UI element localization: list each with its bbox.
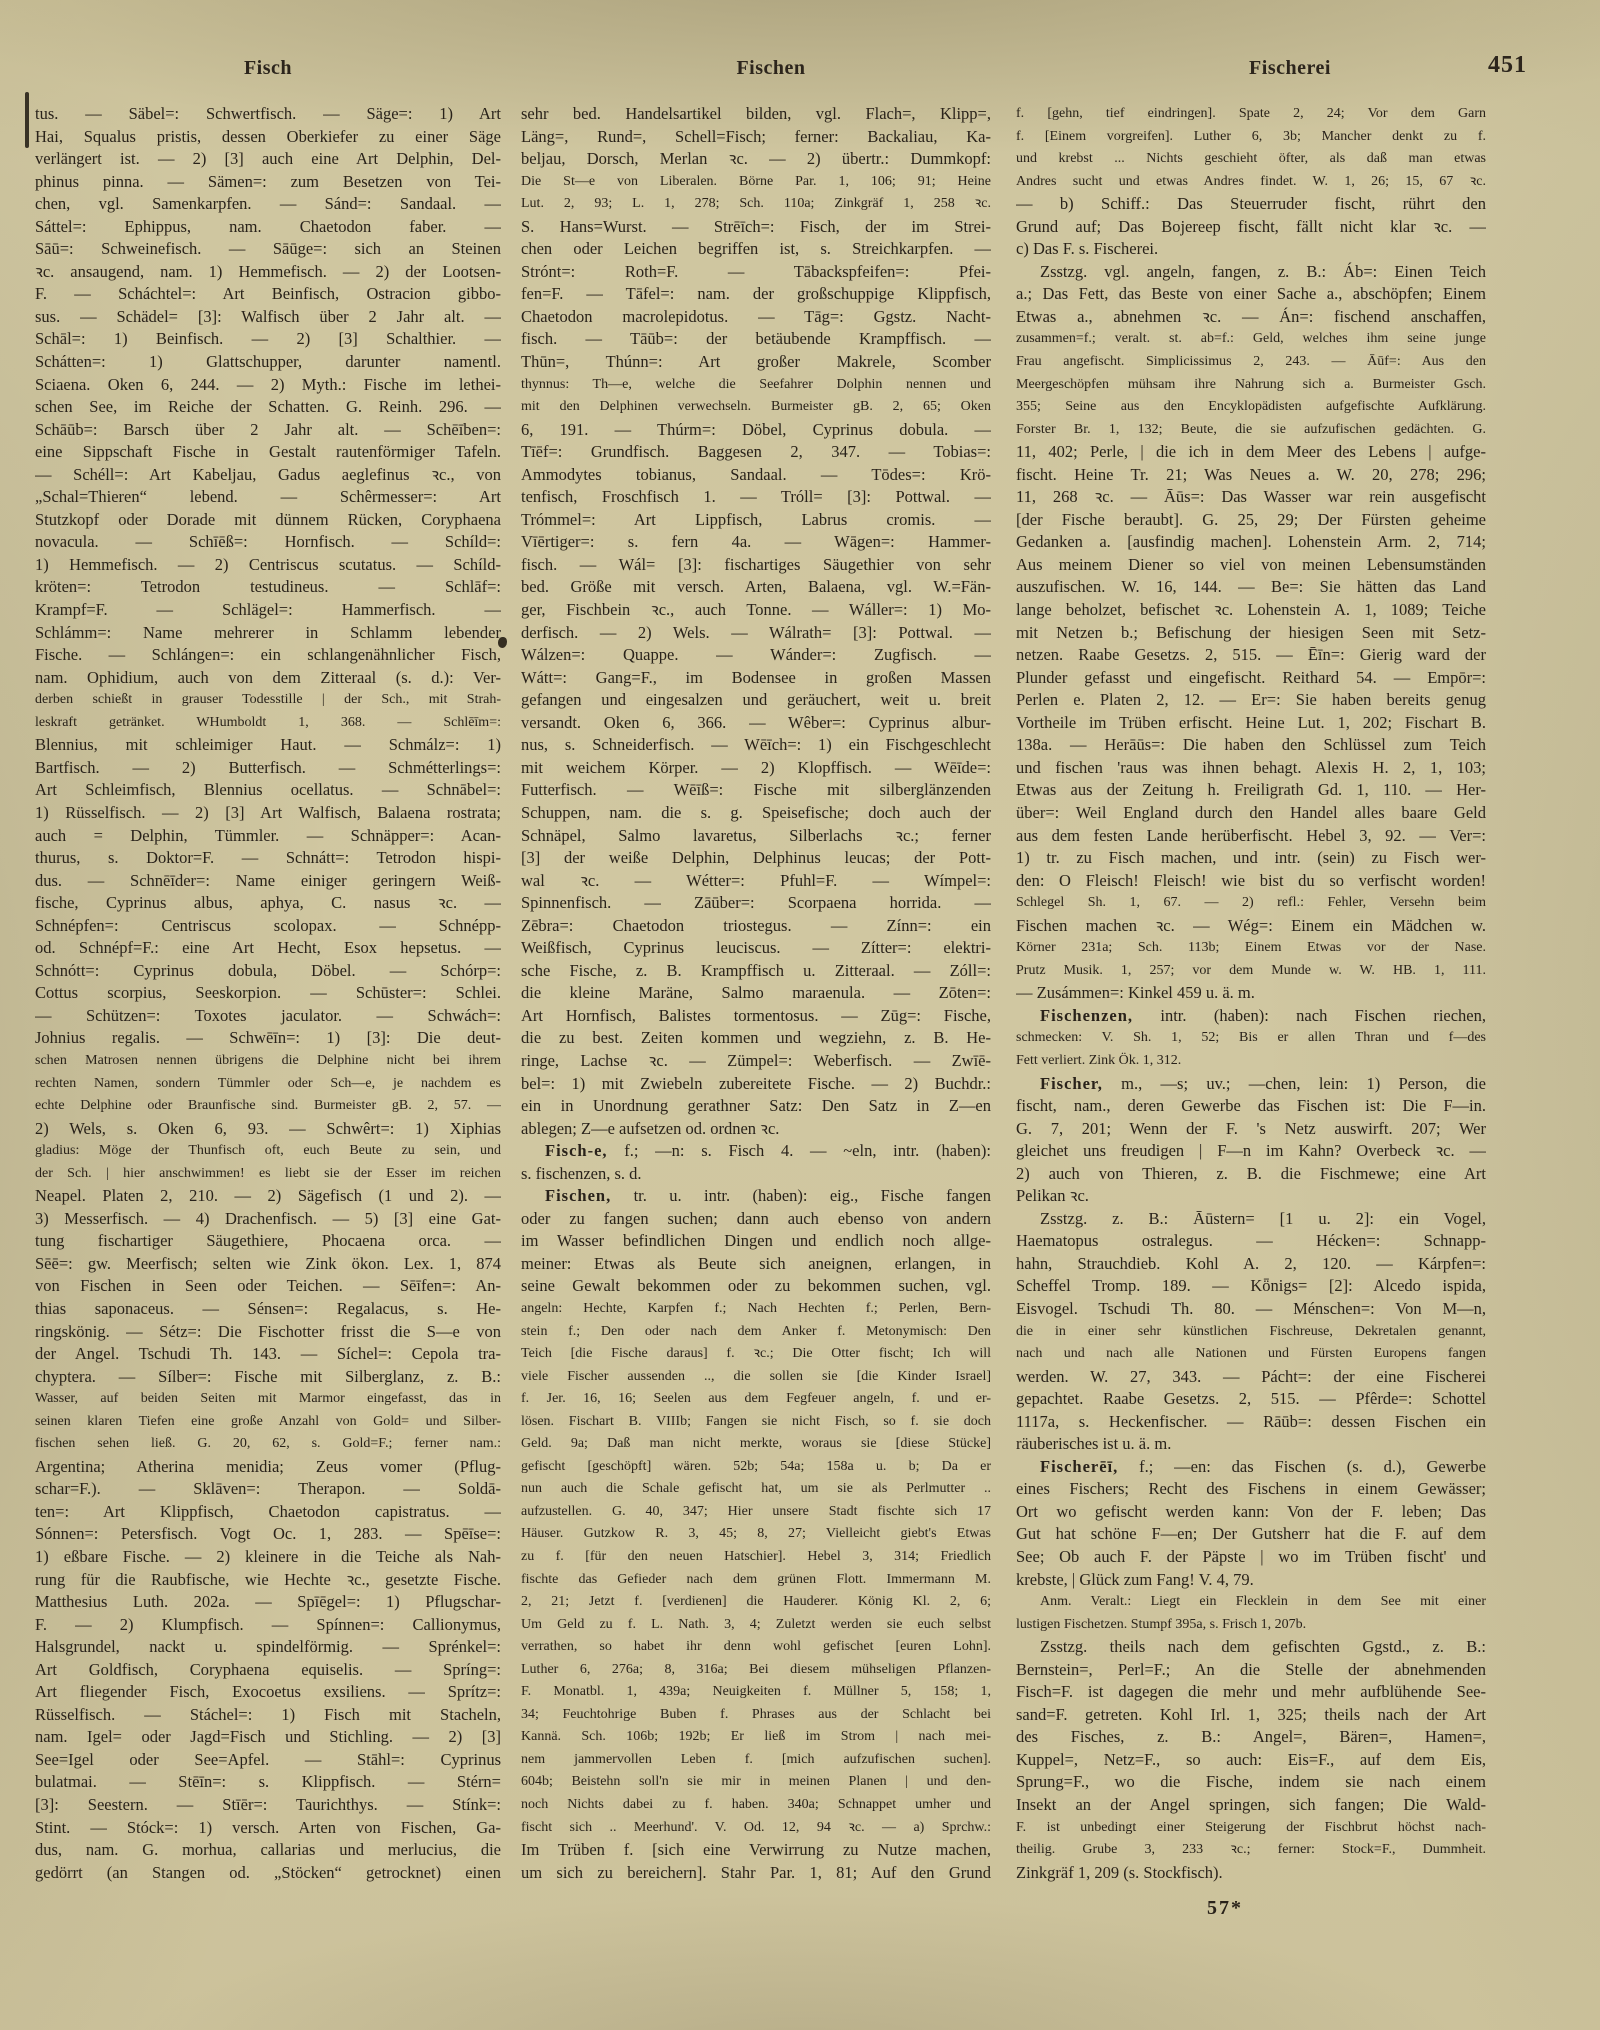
- text-line: die in einer sehr künstlichen Fischreuse…: [1016, 1321, 1486, 1344]
- text-line: bed. Größe mit versch. Arten, Balaena, v…: [521, 576, 991, 599]
- text-line: Fischer, m., —s; uv.; —chen, lein: 1) Pe…: [1016, 1073, 1486, 1096]
- text-line: des Fisches, z. B.: Angel=, Bären=, Hame…: [1016, 1726, 1486, 1749]
- text-line: thias saponaceus. — Sénsen=: Regalacus, …: [35, 1298, 501, 1321]
- text-line: „Schal=Thieren“ lebend. — Schêrmesser=: …: [35, 486, 501, 509]
- text-line: tenfisch, Froschfisch 1. — Tróll= [3]: P…: [521, 486, 991, 509]
- text-line: Stutzkopf oder Dorade mit dünnem Rücken,…: [35, 509, 501, 532]
- text-line: nem jammervollen Leben f. [mich aufzufis…: [521, 1749, 991, 1772]
- running-head-left: Fisch: [244, 57, 292, 80]
- text-line: Vortheile im Trüben erfischt. Heine Lut.…: [1016, 712, 1486, 735]
- text-line: Geld. 9a; Daß man nicht merkte, woraus s…: [521, 1433, 991, 1456]
- text-line: Chaetodon macrolepidotus. — Tāg=: Ggstz.…: [521, 306, 991, 329]
- text-line: Fischen machen ꝛc. — Wég=: Einem ein Mäd…: [1016, 915, 1486, 938]
- text-line: 1) Hemmefisch. — 2) Centriscus scutatus.…: [35, 554, 501, 577]
- text-line: novacula. — Schīēß=: Hornfisch. — Schíld…: [35, 531, 501, 554]
- text-line: Etwas aus der Zeitung h. Freiligrath Gd.…: [1016, 779, 1486, 802]
- text-line: sand=F. getreten. Kohl Irl. 1, 325; thei…: [1016, 1704, 1486, 1727]
- text-line: 138a. — Herāūs=: Die haben den Schlüssel…: [1016, 734, 1486, 757]
- text-line: derben schießt in grauser Todesstille | …: [35, 689, 501, 712]
- text-line: 604b; Beistehn soll'n sie mir in meinen …: [521, 1771, 991, 1794]
- text-column-3: f. [gehn, tief eindringen]. Spate 2, 24;…: [1016, 103, 1486, 1884]
- text-line: Schlámm=: Name mehrerer in Schlamm leben…: [35, 622, 501, 645]
- text-line: verlängert ist. — 2) [3] auch eine Art D…: [35, 148, 501, 171]
- running-head-center: Fischen: [736, 57, 805, 80]
- text-line: echte Delphine oder Braunfische sind. Bu…: [35, 1095, 501, 1118]
- text-line: beljau, Dorsch, Merlan ꝛc. — 2) übertr.:…: [521, 148, 991, 171]
- text-line: Zsstzg. z. B.: Āūstern= [1 u. 2]: ein Vo…: [1016, 1208, 1486, 1231]
- text-line: Sónnen=: Petersfisch. Vogt Oc. 1, 283. —…: [35, 1523, 501, 1546]
- text-line: S. Hans=Wurst. — Strēīch=: Fisch, der im…: [521, 216, 991, 239]
- text-line: mit den Delphinen verwechseln. Burmeiste…: [521, 396, 991, 419]
- text-line: Insekt an der Angel springen, sich fange…: [1016, 1794, 1486, 1817]
- text-line: Schlegel Sh. 1, 67. — 2) refl.: Fehler, …: [1016, 892, 1486, 915]
- text-line: eines Fischers; Recht des Fischens in ei…: [1016, 1478, 1486, 1501]
- text-line: Gedanken a. [ausfindig machen]. Lohenste…: [1016, 531, 1486, 554]
- text-line: seinen klaren Tiefen eine große Anzahl v…: [35, 1411, 501, 1434]
- text-line: Fisch-e, f.; —n: s. Fisch 4. — ~eln, int…: [521, 1140, 991, 1163]
- text-line: fisch. — Wál= [3]: fischartiges Säugethi…: [521, 554, 991, 577]
- text-line: Schnépfen=: Centriscus scolopax. — Schné…: [35, 915, 501, 938]
- text-line: [der Fische beraubt]. G. 25, 29; Der Für…: [1016, 509, 1486, 532]
- text-line: Sciaena. Oken 6, 244. — 2) Myth.: Fische…: [35, 374, 501, 397]
- text-line: phinus pinna. — Sämen=: zum Besetzen von…: [35, 171, 501, 194]
- text-line: Art fliegender Fisch, Exocoetus exsilien…: [35, 1681, 501, 1704]
- text-line: netzen. Raabe Gesetzs. 2, 515. — Ēīn=: G…: [1016, 644, 1486, 667]
- text-line: Johnius regalis. — Schwēīn=: 1) [3]: Die…: [35, 1027, 501, 1050]
- text-line: Wálzen=: Quappe. — Wánder=: Zugfisch. —: [521, 644, 991, 667]
- text-line: Bernstein=, Perl=F.; An die Stelle der a…: [1016, 1659, 1486, 1682]
- text-line: Rüsselfisch. — Stáchel=: 1) Fisch mit St…: [35, 1704, 501, 1727]
- text-line: meiner: Etwas als Beute sich aneignen, e…: [521, 1253, 991, 1276]
- text-line: Fett verliert. Zink Ök. 1, 312.: [1016, 1050, 1486, 1073]
- text-line: Perlen e. Platen 2, 12. — Er=: Sie haben…: [1016, 689, 1486, 712]
- text-line: Pelikan ꝛc.: [1016, 1185, 1486, 1208]
- text-line: tung fischartiger Säugethiere, Phocaena …: [35, 1230, 501, 1253]
- text-line: aus dem festen Lande herüberfischt. Hebe…: [1016, 825, 1486, 848]
- text-line: und fischen 'raus was ihnen behagt. Alex…: [1016, 757, 1486, 780]
- text-line: 11, 268 ꝛc. — Āūs=: Das Wasser war rein …: [1016, 486, 1486, 509]
- text-line: Zsstzg. theils nach dem gefischten Ggstd…: [1016, 1636, 1486, 1659]
- text-line: Ort wo gefischt werden kann: Von der F. …: [1016, 1501, 1486, 1524]
- text-line: nam. Igel= oder Jagd=Fisch und Stichling…: [35, 1726, 501, 1749]
- text-line: lustigen Fischetzen. Stumpf 395a, s. Fri…: [1016, 1614, 1486, 1637]
- text-line: Ammodytes tobianus, Sandaal. — Tōdes=: K…: [521, 464, 991, 487]
- text-line: Spinnenfisch. — Zāūber=: Scorpaena horri…: [521, 892, 991, 915]
- text-line: fischte das Gefieder nach dem grünen Flo…: [521, 1569, 991, 1592]
- text-line: Fische. — Schlángen=: ein schlangenähnli…: [35, 644, 501, 667]
- text-line: rung für die Raubfische, wie Hechte ꝛc.,…: [35, 1569, 501, 1592]
- text-line: stein f.; Den oder nach dem Anker f. Met…: [521, 1321, 991, 1344]
- text-line: Trómmel=: Art Lippfisch, Labrus cromis. …: [521, 509, 991, 532]
- text-line: theilig. Grube 3, 233 ꝛc.; ferner: Stock…: [1016, 1839, 1486, 1862]
- running-head-right: Fischerei: [1249, 57, 1331, 80]
- text-line: Strónt=: Roth=F. — Tābackspfeifen=: Pfei…: [521, 261, 991, 284]
- text-line: 2) auch von Thieren, z. B. die Fischmewe…: [1016, 1163, 1486, 1186]
- text-line: [3]: Seestern. — Stīēr=: Taurichthys. — …: [35, 1794, 501, 1817]
- scan-artifact-bar: [25, 92, 29, 148]
- text-line: Die St—e von Liberalen. Börne Par. 1, 10…: [521, 171, 991, 194]
- text-line: schmecken: V. Sh. 1, 52; Bis er allen Th…: [1016, 1027, 1486, 1050]
- text-line: Aus meinem Diener so viel von meinen Leb…: [1016, 554, 1486, 577]
- text-line: Tīēf=: Grundfisch. Baggesen 2, 347. — To…: [521, 441, 991, 464]
- text-line: Krampf=F. — Schlägel=: Hammerfisch. —: [35, 599, 501, 622]
- text-line: Kannä. Sch. 106b; 192b; Er ließ im Strom…: [521, 1726, 991, 1749]
- text-line: Schāl=: 1) Beinfisch. — 2) [3] Schalthie…: [35, 328, 501, 351]
- text-line: Wátt=: Gang=F., im Bodensee in großen Ma…: [521, 667, 991, 690]
- text-line: räuberisches ist u. ä. m.: [1016, 1433, 1486, 1456]
- text-line: Fisch=F. ist dagegen die mehr und mehr a…: [1016, 1681, 1486, 1704]
- text-line: thurus, s. Doktor=F. — Schnátt=: Tetrodo…: [35, 847, 501, 870]
- text-line: gedörrt (an Stangen od. „Stöcken“ getroc…: [35, 1862, 501, 1885]
- text-line: Forster Br. 1, 132; Beute, die sie aufzu…: [1016, 419, 1486, 442]
- text-line: Neapel. Platen 2, 210. — 2) Sägefisch (1…: [35, 1185, 501, 1208]
- text-line: 2, 21; Jetzt f. [verdienen] die Hauderer…: [521, 1591, 991, 1614]
- text-line: F. — 2) Klumpfisch. — Spínnen=: Calliony…: [35, 1614, 501, 1637]
- text-line: Futterfisch. — Wēīß=: Fische mit silberg…: [521, 779, 991, 802]
- text-line: See; Ob auch F. der Päpste | wo im Trübe…: [1016, 1546, 1486, 1569]
- text-line: bel=: 1) mit Zwiebeln zubereitete Fische…: [521, 1073, 991, 1096]
- text-line: angeln: Hechte, Karpfen f.; Nach Hechten…: [521, 1298, 991, 1321]
- text-line: Schátten=: 1) Glattschupper, darunter na…: [35, 351, 501, 374]
- text-line: viele Fischer aussenden .., die sollen s…: [521, 1366, 991, 1389]
- text-line: Fischenzen, intr. (haben): nach Fischen …: [1016, 1005, 1486, 1028]
- text-line: Fischerēī, f.; —en: das Fischen (s. d.),…: [1016, 1456, 1486, 1479]
- text-line: fische, Cyprinus albus, aphya, C. nasus …: [35, 892, 501, 915]
- text-line: fen=F. — Tāfel=: nam. der großschuppige …: [521, 283, 991, 306]
- text-line: F. — Scháchtel=: Art Beinfisch, Ostracio…: [35, 283, 501, 306]
- text-line: derfisch. — 2) Wels. — Wálrath= [3]: Pot…: [521, 622, 991, 645]
- text-line: 11, 402; Perle, | die ich in dem Meer de…: [1016, 441, 1486, 464]
- text-line: chen oder Leichen begriffen ist, s. Stre…: [521, 238, 991, 261]
- text-line: bulatmai. — Stēīn=: s. Klippfisch. — Sté…: [35, 1771, 501, 1794]
- text-line: — Schützen=: Toxotes jaculator. — Schwác…: [35, 1005, 501, 1028]
- text-line: 1117a, s. Heckenfischer. — Rāūb=: dessen…: [1016, 1411, 1486, 1434]
- text-line: der Angel. Tschudi Th. 143. — Síchel=: C…: [35, 1343, 501, 1366]
- scanned-dictionary-page: { "page": { "running_heads": { "left": "…: [0, 0, 1600, 2030]
- text-line: 2) Wels, s. Oken 6, 93. — Schwêrt=: 1) X…: [35, 1118, 501, 1141]
- text-line: 1) tr. zu Fisch machen, und intr. (sein)…: [1016, 847, 1486, 870]
- text-line: gefangen und eingesalzen und geräuchert,…: [521, 689, 991, 712]
- text-line: Zsstzg. vgl. angeln, fangen, z. B.: Áb=:…: [1016, 261, 1486, 284]
- text-line: Sprung=F., wo die Fische, indem sie nach…: [1016, 1771, 1486, 1794]
- text-line: schen See, im Reiche der Schatten. G. Re…: [35, 396, 501, 419]
- text-line: Schnäpel, Salmo lavaretus, Silberlachs ꝛ…: [521, 825, 991, 848]
- text-line: gladius: Möge der Thunfisch oft, euch Be…: [35, 1140, 501, 1163]
- text-line: s. fischenzen, s. d.: [521, 1163, 991, 1186]
- text-line: oder zu fangen suchen; dann auch ebenso …: [521, 1208, 991, 1231]
- page-number: 451: [1488, 52, 1527, 79]
- text-line: zu f. [für den neuen Hatschier]. Hebel 3…: [521, 1546, 991, 1569]
- text-line: F. Monatbl. 1, 439a; Neuigkeiten f. Müll…: [521, 1681, 991, 1704]
- text-line: Läng=, Rund=, Schell=Fisch; ferner: Back…: [521, 126, 991, 149]
- text-line: 1) Rüsselfisch. — 2) [3] Art Walfisch, B…: [35, 802, 501, 825]
- text-line: mit Netzen b.; Befischung der hiesigen S…: [1016, 622, 1486, 645]
- text-line: werden. W. 27, 343. — Pácht=: der eine F…: [1016, 1366, 1486, 1389]
- text-line: c) Das F. s. Fischerei.: [1016, 238, 1486, 261]
- text-line: Im Trüben f. [sich eine Verwirrung zu Nu…: [521, 1839, 991, 1862]
- text-line: nus, s. Schneiderfisch. — Wēīch=: 1) ein…: [521, 734, 991, 757]
- text-line: 6, 191. — Thúrm=: Döbel, Cyprinus dobula…: [521, 419, 991, 442]
- text-line: eine Sippschaft Fische in Gestalt rauten…: [35, 441, 501, 464]
- text-line: Anm. Veralt.: Liegt ein Flecklein in dem…: [1016, 1591, 1486, 1614]
- text-line: Bartfisch. — 2) Butterfisch. — Schmétter…: [35, 757, 501, 780]
- text-line: leskraft getränket. WHumboldt 1, 368. — …: [35, 712, 501, 735]
- text-line: nach und nach alle Nationen und Fürsten …: [1016, 1343, 1486, 1366]
- text-line: auszufischen. W. 16, 144. — Be=: Sie hät…: [1016, 576, 1486, 599]
- text-line: F. ist unbedingt einer Steigerung der Fi…: [1016, 1817, 1486, 1840]
- text-line: Etwas a., abnehmen ꝛc. — Án=: fischend a…: [1016, 306, 1486, 329]
- text-line: Wasser, auf beiden Seiten mit Marmor ein…: [35, 1388, 501, 1411]
- text-line: Andres sucht und etwas Andres findet. W.…: [1016, 171, 1486, 194]
- text-line: Um Geld zu f. L. Nath. 3, 4; Zuletzt wer…: [521, 1614, 991, 1637]
- text-line: fischt, nam., deren Gewerbe das Fischen …: [1016, 1095, 1486, 1118]
- text-line: Sáttel=: Ephippus, nam. Chaetodon faber.…: [35, 216, 501, 239]
- text-line: ablegen; Z—e aufsetzen od. ordnen ꝛc.: [521, 1118, 991, 1141]
- ink-speck: [498, 637, 507, 648]
- text-line: Körner 231a; Sch. 113b; Einem Etwas vor …: [1016, 937, 1486, 960]
- text-line: wal ꝛc. — Wétter=: Pfuhl=F. — Wímpel=:: [521, 870, 991, 893]
- text-line: ein in Unordnung gerathner Satz: Den Sat…: [521, 1095, 991, 1118]
- signature-mark: 57*: [1207, 1897, 1243, 1920]
- text-line: G. 7, 201; Wenn der F. 's Netz auswirft.…: [1016, 1118, 1486, 1141]
- text-line: im Wasser befindlichen Dingen und endlic…: [521, 1230, 991, 1253]
- text-line: schen Matrosen nennen übrigens die Delph…: [35, 1050, 501, 1073]
- text-line: 3) Messerfisch. — 4) Drachenfisch. — 5) …: [35, 1208, 501, 1231]
- text-line: die kleine Maräne, Salmo maraenula. — Zō…: [521, 982, 991, 1005]
- text-line: Haematopus ostralegus. — Hécken=: Schnap…: [1016, 1230, 1486, 1253]
- text-line: Plunder gefasst und eingefischt. Reithar…: [1016, 667, 1486, 690]
- text-line: chen, vgl. Samenkarpfen. — Sánd=: Sandaa…: [35, 193, 501, 216]
- text-line: Meergeschöpfen mühsam ihre Nahrung sich …: [1016, 374, 1486, 397]
- text-line: mit weichem Körper. — 2) Klopffisch. — W…: [521, 757, 991, 780]
- text-column-2: sehr bed. Handelsartikel bilden, vgl. Fl…: [521, 103, 991, 1884]
- text-line: Sāū=: Schweinefisch. — Sāūge=: sich an S…: [35, 238, 501, 261]
- text-line: Schnótt=: Cyprinus dobula, Döbel. — Schó…: [35, 960, 501, 983]
- text-line: fisch. — Tāūb=: der betäubende Krampffis…: [521, 328, 991, 351]
- text-line: 34; Feuchtohrige Buben f. Phrases aus de…: [521, 1704, 991, 1727]
- text-line: Argentina; Atherina menidia; Zeus vomer …: [35, 1456, 501, 1479]
- text-line: Art Goldfisch, Coryphaena equiselis. — S…: [35, 1659, 501, 1682]
- text-line: nun auch die Schale gefischt hat, um sie…: [521, 1478, 991, 1501]
- text-line: schar=F.). — Sklāven=: Therapon. — Soldā…: [35, 1478, 501, 1501]
- text-line: Luther 6, 276a; 8, 316a; Bei diesem mühs…: [521, 1659, 991, 1682]
- text-line: f. [Einem vorgreifen]. Luther 6, 3b; Man…: [1016, 126, 1486, 149]
- text-line: versandt. Oken 6, 366. — Wêber=: Cyprinu…: [521, 712, 991, 735]
- text-line: Grund auf; Das Bojereep fischt, fällt ni…: [1016, 216, 1486, 239]
- text-line: a.; Das Fett, das Beste von einer Sache …: [1016, 283, 1486, 306]
- text-line: 355; Seine aus den Encyklopädisten aufge…: [1016, 396, 1486, 419]
- text-line: hahn, Strauchdieb. Kohl A. 2, 120. — Kár…: [1016, 1253, 1486, 1276]
- text-line: Prutz Musik. 1, 257; vor dem Munde w. W.…: [1016, 960, 1486, 983]
- text-line: ꝛc. ansaugend, nam. 1) Hemmefisch. — 2) …: [35, 261, 501, 284]
- text-line: Eisvogel. Tschudi Th. 80. — Ménschen=: V…: [1016, 1298, 1486, 1321]
- text-line: Teich [die Fische daraus] f. ꝛc.; Die Ot…: [521, 1343, 991, 1366]
- text-line: sehr bed. Handelsartikel bilden, vgl. Fl…: [521, 103, 991, 126]
- text-line: gleichet uns freudigen | F—n im Kahn? Ov…: [1016, 1140, 1486, 1163]
- text-line: — Schéll=: Art Kabeljau, Gadus aeglefinu…: [35, 464, 501, 487]
- text-line: Stint. — Stóck=: 1) versch. Arten von Fi…: [35, 1817, 501, 1840]
- text-line: Hai, Squalus pristis, dessen Oberkiefer …: [35, 126, 501, 149]
- text-line: ten=: Art Klippfisch, Chaetodon capistra…: [35, 1501, 501, 1524]
- text-line: See=Igel oder See=Apfel. — Stāhl=: Cypri…: [35, 1749, 501, 1772]
- text-line: Art Hornfisch, Balistes tormentosus. — Z…: [521, 1005, 991, 1028]
- text-line: 1) eßbare Fische. — 2) kleinere in die T…: [35, 1546, 501, 1569]
- text-line: Halsgrundel, nackt u. spindelförmig. — S…: [35, 1636, 501, 1659]
- text-line: zusammen=f.; veralt. st. ab=f.: Geld, we…: [1016, 328, 1486, 351]
- text-line: [3] der weiße Delphin, Delphinus leucas;…: [521, 847, 991, 870]
- text-line: aufzustellen. G. 40, 347; Hier unsere St…: [521, 1501, 991, 1524]
- text-line: Frau angefischt. Simplicissimus 2, 243. …: [1016, 351, 1486, 374]
- text-line: thynnus: Th—e, welche die Seefahrer Dolp…: [521, 374, 991, 397]
- text-line: Art Schleimfisch, Blennius ocellatus. — …: [35, 779, 501, 802]
- text-line: um sich zu bereichern]. Stahr Par. 1, 81…: [521, 1862, 991, 1885]
- text-line: Zēbra=: Chaetodon triostegus. — Zínn=: e…: [521, 915, 991, 938]
- text-line: chyptera. — Sílber=: Fische mit Silbergl…: [35, 1366, 501, 1389]
- text-line: sus. — Schädel= [3]: Walfisch über 2 Jah…: [35, 306, 501, 329]
- text-line: den: O Fleisch! Fleisch! wie bist du so …: [1016, 870, 1486, 893]
- text-line: f. Jer. 16, 16; Seelen aus dem Fegfeuer …: [521, 1388, 991, 1411]
- text-line: von Fischen in Seen oder Teichen. — Sēīf…: [35, 1275, 501, 1298]
- text-line: od. Schnépf=F.: eine Art Hecht, Esox hep…: [35, 937, 501, 960]
- text-line: fischt sich .. Meerhund'. V. Od. 12, 94 …: [521, 1817, 991, 1840]
- text-line: Sēē=: gw. Meerfisch; selten wie Zink öko…: [35, 1253, 501, 1276]
- text-line: Fischen, tr. u. intr. (haben): eig., Fis…: [521, 1185, 991, 1208]
- text-line: sche Fische, z. B. Krampffisch u. Zitter…: [521, 960, 991, 983]
- text-line: krebste, | Glück zum Fang! V. 4, 79.: [1016, 1569, 1486, 1592]
- text-line: — b) Schiff.: Das Steuerruder fischt, rü…: [1016, 193, 1486, 216]
- text-line: Schuppen, nam. die s. g. Speisefische; d…: [521, 802, 991, 825]
- text-line: rechten Namen, sondern Tümmler oder Sch—…: [35, 1073, 501, 1096]
- text-line: Scheffel Tromp. 189. — Kȫnigs= [2]: Alce…: [1016, 1275, 1486, 1298]
- text-line: lösen. Fischart B. VIIIb; Fangen sie nic…: [521, 1411, 991, 1434]
- text-line: ringe, Lachse ꝛc. — Zümpel=: Weberfisch.…: [521, 1050, 991, 1073]
- text-line: Häuser. Gutzkow R. 3, 45; 8, 27; Viellei…: [521, 1523, 991, 1546]
- text-line: Cottus scorpius, Seeskorpion. — Schūster…: [35, 982, 501, 1005]
- text-line: gefischt [geschöpft] wären. 52b; 54a; 15…: [521, 1456, 991, 1479]
- text-line: der Sch. | hier anschwimmen! es liebt si…: [35, 1163, 501, 1186]
- text-line: Schāūb=: Barsch über 2 Jahr alt. — Schēī…: [35, 419, 501, 442]
- text-line: Gut hat schöne F—en; Der Gutsherr hat di…: [1016, 1523, 1486, 1546]
- text-line: Vīērtiger=: s. fern 4a. — Wāgen=: Hammer…: [521, 531, 991, 554]
- text-line: über=: Weil England durch den Handel all…: [1016, 802, 1486, 825]
- text-line: ringskönig. — Sétz=: Die Fischotter fris…: [35, 1321, 501, 1344]
- text-line: verrathen, so habet ihr denn wohl gefisc…: [521, 1636, 991, 1659]
- text-line: Weißfisch, Cyprinus leuciscus. — Zítter=…: [521, 937, 991, 960]
- text-line: seine Gewalt bekommen oder zu bekommen s…: [521, 1275, 991, 1298]
- text-column-1: tus. — Säbel=: Schwertfisch. — Säge=: 1)…: [35, 103, 501, 1884]
- text-line: kröten=: Tetrodon testudineus. — Schlāf=…: [35, 576, 501, 599]
- text-line: Lut. 2, 93; L. 1, 278; Sch. 110a; Zinkgr…: [521, 193, 991, 216]
- text-line: f. [gehn, tief eindringen]. Spate 2, 24;…: [1016, 103, 1486, 126]
- text-line: nam. Ophidium, auch von dem Zitteraal (s…: [35, 667, 501, 690]
- text-line: Thūn=, Thúnn=: Art großer Makrele, Scomb…: [521, 351, 991, 374]
- text-line: — Zusámmen=: Kinkel 459 u. ä. m.: [1016, 982, 1486, 1005]
- text-line: und krebst ... Nichts geschieht öfter, a…: [1016, 148, 1486, 171]
- text-line: auch = Delphin, Tümmler. — Schnäpper=: A…: [35, 825, 501, 848]
- text-line: lange beholzet, befischet ꝛc. Lohenstein…: [1016, 599, 1486, 622]
- text-line: Matthesius Luth. 202a. — Spīēgel=: 1) Pf…: [35, 1591, 501, 1614]
- text-line: tus. — Säbel=: Schwertfisch. — Säge=: 1)…: [35, 103, 501, 126]
- text-line: Kuppel=, Netz=F., so auch: Eis=F., auf d…: [1016, 1749, 1486, 1772]
- text-line: fischen sehen ließ. G. 20, 62, s. Gold=F…: [35, 1433, 501, 1456]
- text-line: noch Nichts dabei zu f. haben. 340a; Sch…: [521, 1794, 991, 1817]
- text-line: fischt. Heine Tr. 21; Was Neues a. W. 20…: [1016, 464, 1486, 487]
- text-line: dus. — Schnēīder=: Name einiger geringer…: [35, 870, 501, 893]
- text-line: die zu best. Zeiten kommen und wegziehn,…: [521, 1027, 991, 1050]
- text-line: ger, Fischbein ꝛc., auch Tonne. — Wáller…: [521, 599, 991, 622]
- text-line: dus, nam. G. morhua, callarias und merlu…: [35, 1839, 501, 1862]
- text-line: Zinkgräf 1, 209 (s. Stockfisch).: [1016, 1862, 1486, 1885]
- text-line: gepachtet. Raabe Gesetzs. 2, 515. — Pfêr…: [1016, 1388, 1486, 1411]
- text-line: Blennius, mit schleimiger Haut. — Schmál…: [35, 734, 501, 757]
